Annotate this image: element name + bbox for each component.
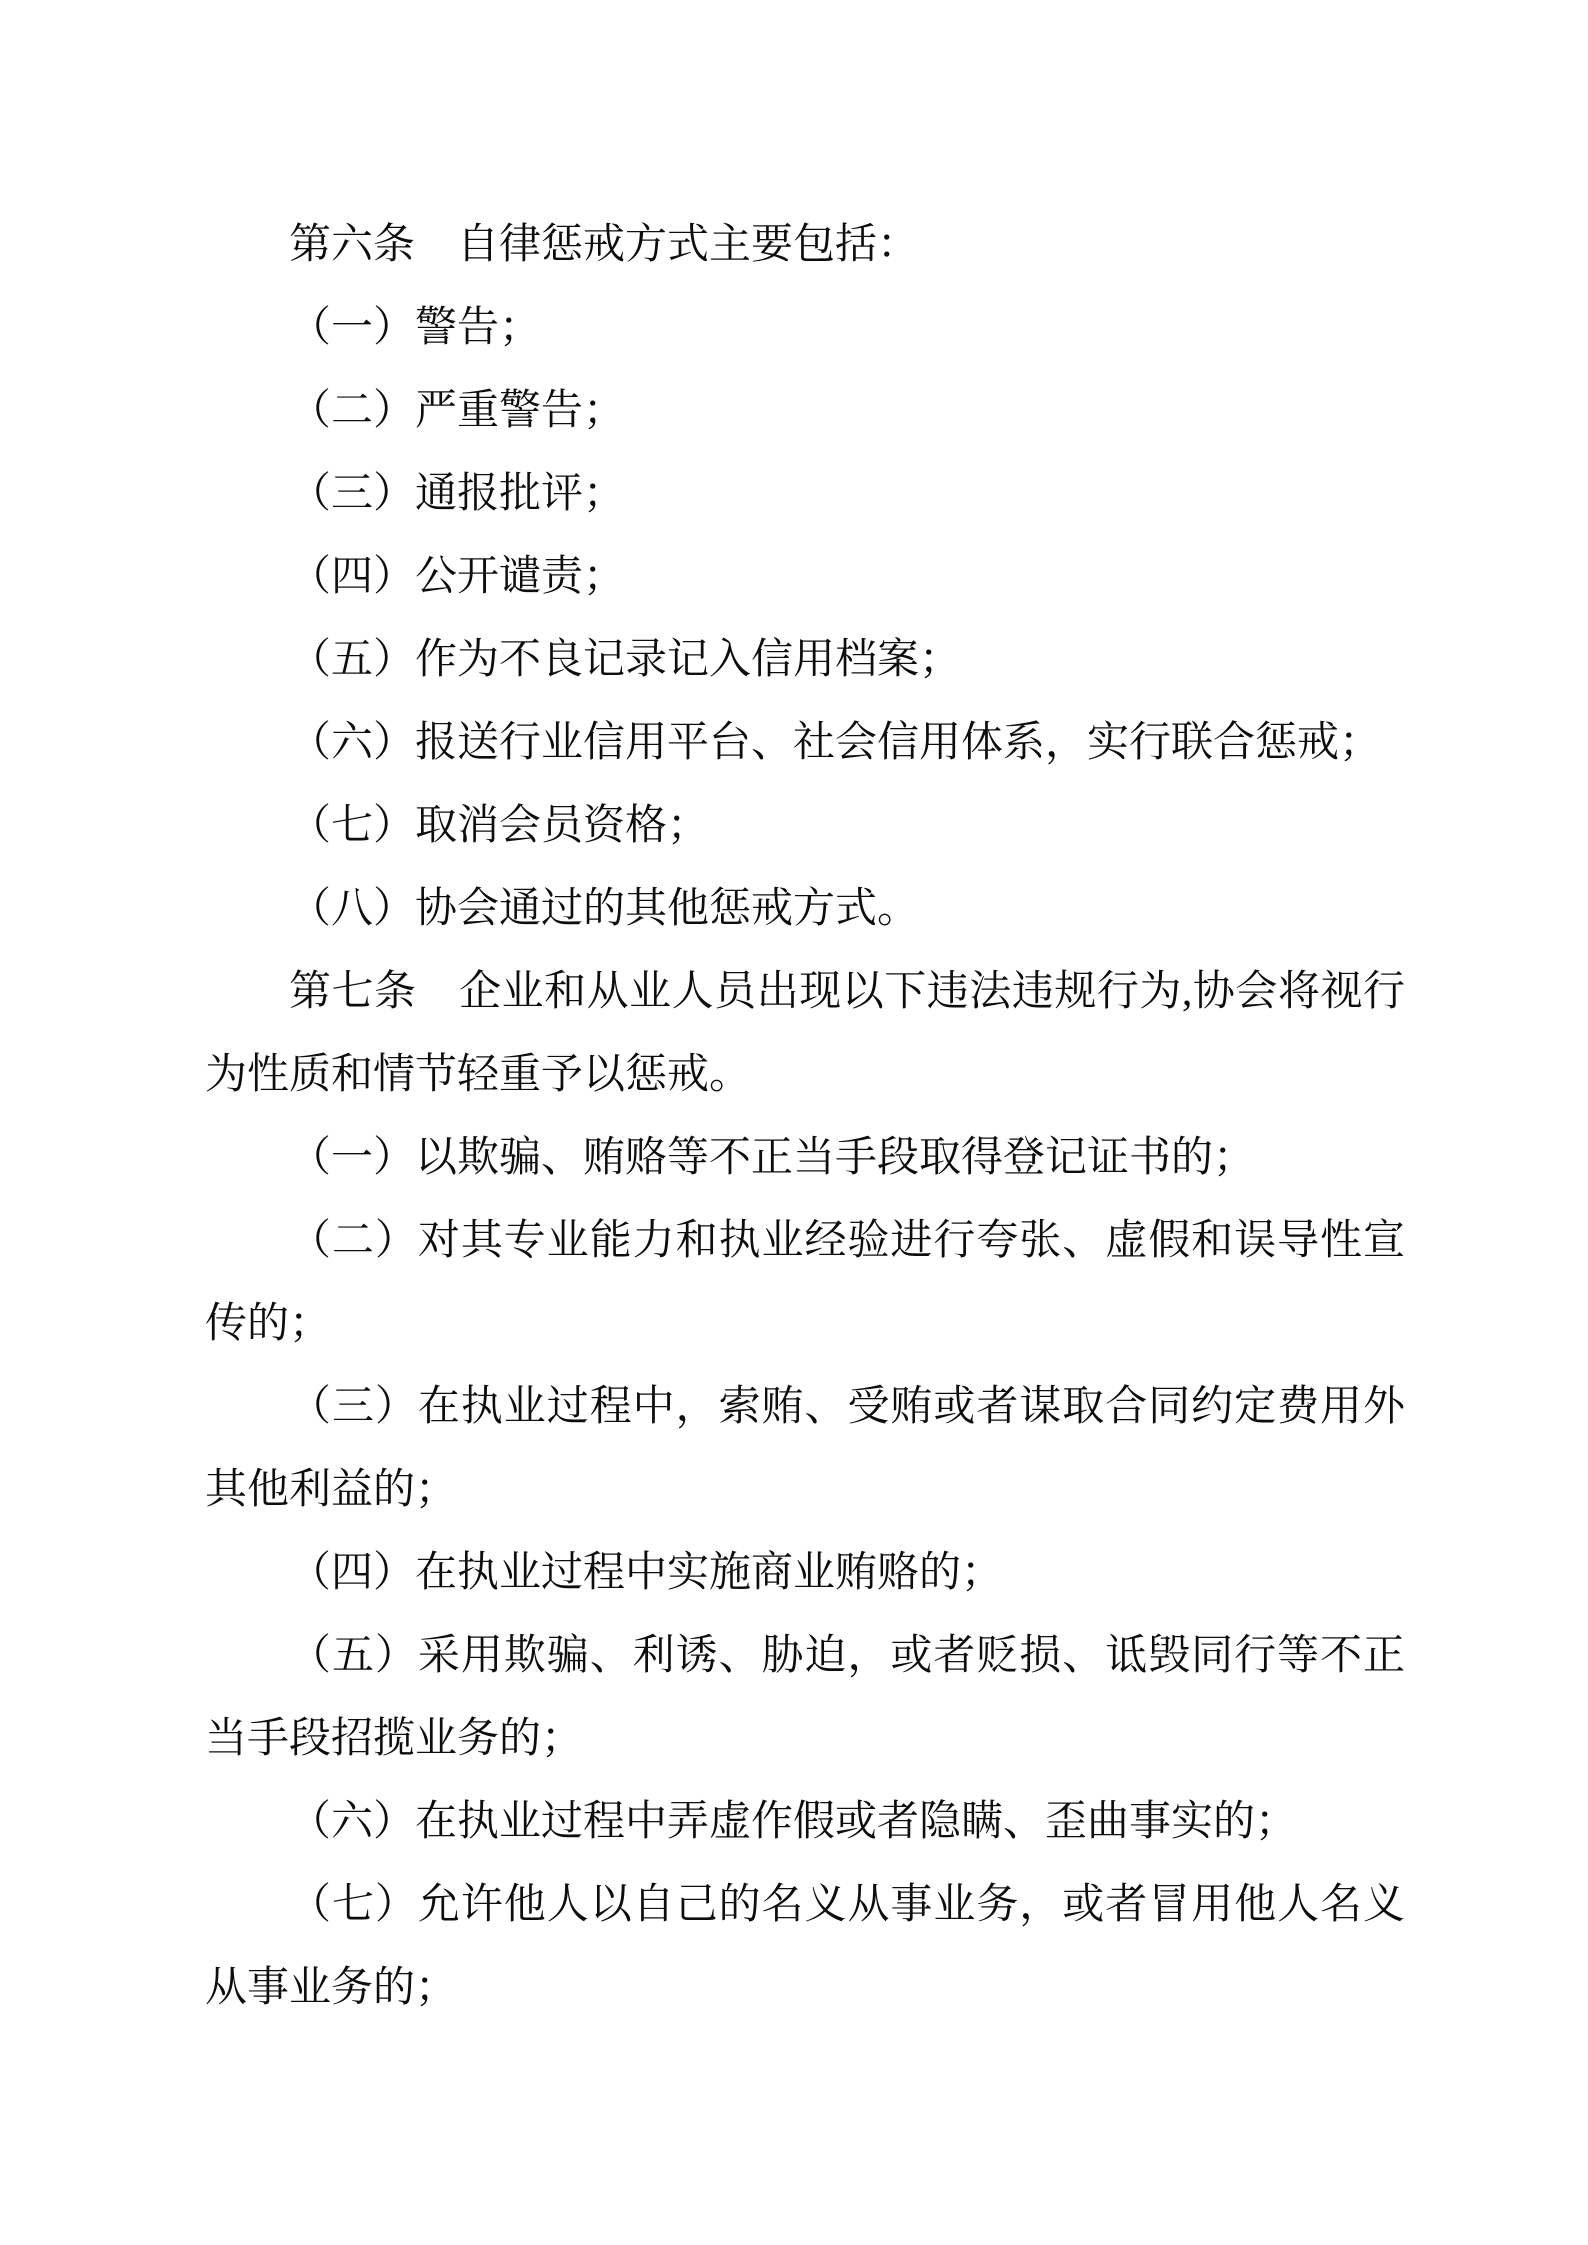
document-paragraph: （四）公开谴责； [205, 536, 1405, 619]
document-paragraph: （五）作为不良记录记入信用档案； [205, 619, 1405, 702]
document-paragraph: （四）在执业过程中实施商业贿赂的； [205, 1532, 1405, 1615]
document-paragraph: （三）通报批评； [205, 453, 1405, 536]
document-paragraph: （一）以欺骗、贿赂等不正当手段取得登记证书的； [205, 1117, 1405, 1200]
document-paragraph: （五）采用欺骗、利诱、胁迫，或者贬损、诋毁同行等不正当手段招揽业务的； [205, 1615, 1405, 1781]
document-paragraph: 第六条 自律惩戒方式主要包括： [205, 204, 1405, 287]
document-page: 第六条 自律惩戒方式主要包括：（一）警告；（二）严重警告；（三）通报批评；（四）… [0, 0, 1588, 2245]
document-paragraph: （六）在执业过程中弄虚作假或者隐瞒、歪曲事实的； [205, 1781, 1405, 1864]
document-paragraph: （二）严重警告； [205, 370, 1405, 453]
document-paragraph: 第七条 企业和从业人员出现以下违法违规行为,协会将视行为性质和情节轻重予以惩戒。 [205, 951, 1405, 1117]
document-paragraph: （七）取消会员资格； [205, 785, 1405, 868]
document-paragraph: （六）报送行业信用平台、社会信用体系，实行联合惩戒； [205, 702, 1405, 785]
document-paragraph: （二）对其专业能力和执业经验进行夸张、虚假和误导性宣传的； [205, 1200, 1405, 1366]
document-paragraph: （七）允许他人以自己的名义从事业务，或者冒用他人名义从事业务的； [205, 1864, 1405, 2030]
document-paragraph: （八）协会通过的其他惩戒方式。 [205, 868, 1405, 951]
document-paragraph: （三）在执业过程中，索贿、受贿或者谋取合同约定费用外其他利益的； [205, 1366, 1405, 1532]
document-paragraph: （一）警告； [205, 287, 1405, 370]
document-body: 第六条 自律惩戒方式主要包括：（一）警告；（二）严重警告；（三）通报批评；（四）… [205, 204, 1405, 2030]
